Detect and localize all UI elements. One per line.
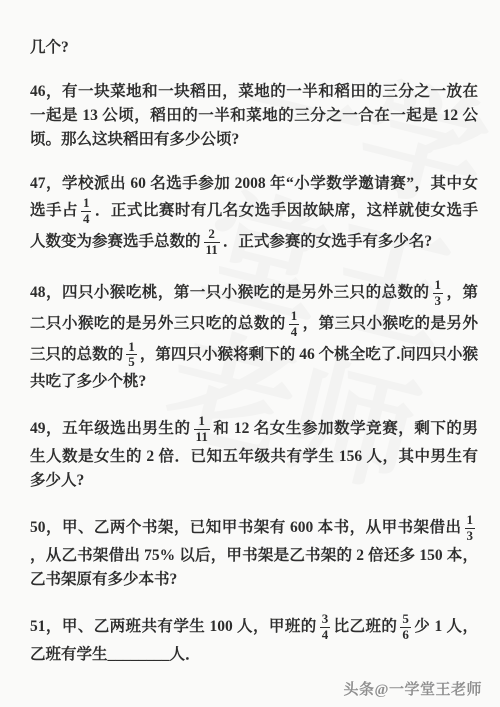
fraction-1-4: 14	[289, 309, 300, 340]
problem-text: ，从乙书架借出 75% 以后，甲书架是乙书架的 2 倍还多 150 本，乙书架原…	[30, 547, 478, 588]
fraction-3-4: 34	[320, 612, 331, 643]
problem-50: 50，甲、乙两个书架，已知甲书架有 600 本书，从甲书架借出13，从乙书架借出…	[30, 513, 478, 592]
problem-51: 51，甲、乙两班共有学生 100 人，甲班的34比乙班的56少 1 人，乙班有学…	[30, 612, 478, 667]
problem-47: 47，学校派出 60 名选手参加 2008 年“小学数学邀请赛”，其中女选手占1…	[30, 172, 478, 258]
fraction-5-6: 56	[400, 612, 411, 643]
fraction-2-11: 211	[204, 227, 220, 258]
watermark-credit: 头条@一学堂王老师	[344, 678, 482, 699]
problems-list: 46，有一块菜地和一块稻田，菜地的一半和稻田的三分之一放在一起是 13 公顷，稻…	[30, 80, 478, 667]
problem-text: 51，甲、乙两班共有学生 100 人，甲班的	[30, 618, 317, 635]
worksheet-page: 一学堂王老师 几个? 46，有一块菜地和一块稻田，菜地的一半和稻田的三分之一放在…	[0, 0, 500, 707]
problem-text: 48，四只小猴吃桃，第一只小猴吃的是另外三只的总数的	[30, 284, 430, 301]
fraction-1-3: 13	[433, 278, 444, 309]
problem-48: 48，四只小猴吃桃，第一只小猴吃的是另外三只的总数的13，第二只小猴吃的是另外三…	[30, 278, 478, 395]
problem-text: 46，有一块菜地和一块稻田，菜地的一半和稻田的三分之一放在一起是 13 公顷，稻…	[30, 83, 478, 148]
problem-text: 50，甲、乙两个书架，已知甲书架有 600 本书，从甲书架借出	[30, 519, 462, 536]
problem-text: 比乙班的	[333, 618, 397, 635]
carryover-question-tail: 几个?	[30, 36, 478, 60]
fraction-1-5: 15	[126, 340, 137, 371]
problem-49: 49，五年级选出男生的111和 12 名女生参加数学竞赛，剩下的男生人数是女生的…	[30, 414, 478, 493]
worksheet-content: 几个? 46，有一块菜地和一块稻田，菜地的一半和稻田的三分之一放在一起是 13 …	[30, 36, 478, 667]
problem-46: 46，有一块菜地和一块稻田，菜地的一半和稻田的三分之一放在一起是 13 公顷，稻…	[30, 80, 478, 152]
problem-text: ．正式参赛的女选手有多少名?	[223, 233, 432, 250]
fraction-1-3: 13	[465, 513, 476, 544]
fraction-1-11: 111	[194, 414, 210, 445]
problem-text: 49，五年级选出男生的	[30, 420, 191, 437]
fraction-1-4: 14	[81, 196, 92, 227]
